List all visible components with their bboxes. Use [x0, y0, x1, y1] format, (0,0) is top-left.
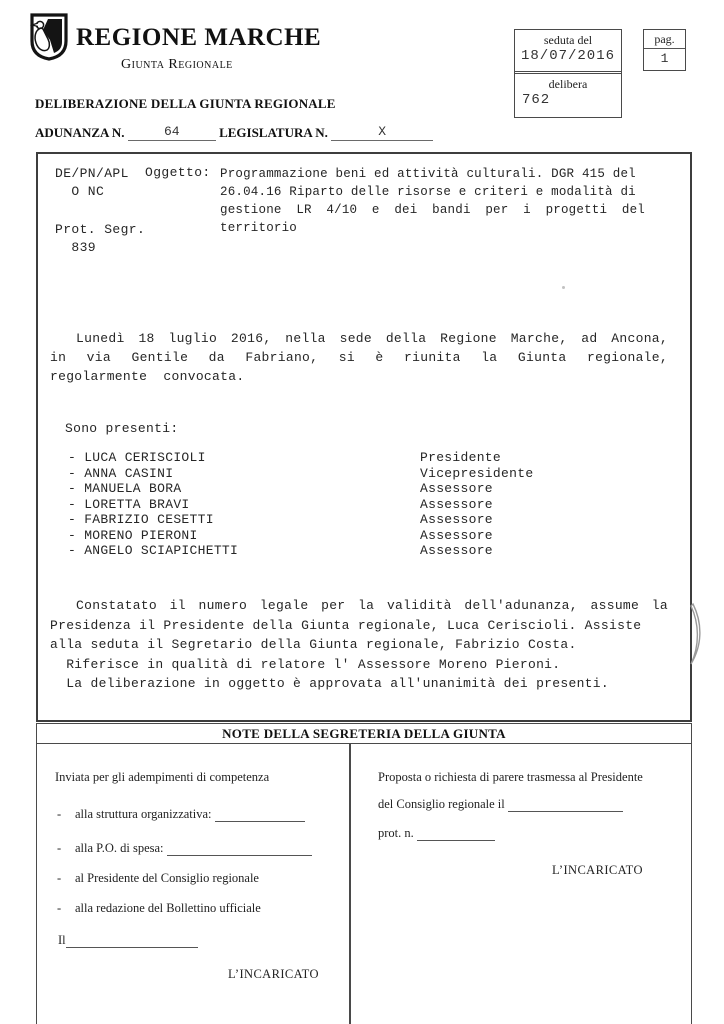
- proposal-line-2: del Consiglio regionale il: [378, 797, 623, 812]
- adunanza-label: ADUNANZA N.: [35, 125, 125, 140]
- legislatura-number: X: [331, 124, 433, 141]
- attendee-name: - MORENO PIERONI: [68, 528, 420, 544]
- blank-fill-line: [66, 935, 198, 948]
- attendee-role: Vicepresidente: [420, 466, 533, 482]
- opening-paragraph: Lunedì 18 luglio 2016, nella sede della …: [50, 329, 668, 386]
- dispatch-item-label: alla P.O. di spesa:: [75, 841, 164, 855]
- pag-value: 1: [644, 49, 685, 66]
- dash-bullet: -: [57, 871, 75, 886]
- protocol-number: Prot. Segr. 839: [55, 221, 145, 257]
- paragraph-line: regolarmente convocata.: [50, 367, 668, 386]
- adunanza-row: ADUNANZA N. 64 LEGISLATURA N. X: [35, 124, 433, 141]
- closing-paragraph: Constatato il numero legale per la valid…: [50, 596, 668, 694]
- page-number-box: pag. 1: [643, 29, 686, 71]
- proposal-line-1: Proposta o richiesta di parere trasmessa…: [378, 770, 643, 785]
- attendee-row: - LUCA CERISCIOLI Presidente: [68, 450, 533, 466]
- attendee-role: Assessore: [420, 481, 493, 497]
- adunanza-number: 64: [128, 124, 216, 141]
- seduta-cell: seduta del 18/07/2016: [515, 30, 621, 74]
- present-label: Sono presenti:: [65, 421, 178, 436]
- oggetto-line: 26.04.16 Riparto delle risorse e criteri…: [220, 183, 645, 201]
- attendee-row: - MANUELA BORA Assessore: [68, 481, 533, 497]
- column-divider: [349, 744, 351, 1024]
- blank-fill-line: [508, 799, 623, 812]
- paragraph-line: alla seduta il Segretario della Giunta r…: [50, 635, 668, 655]
- oggetto-line: Programmazione beni ed attività cultural…: [220, 165, 645, 183]
- secretary-notes-title: NOTE DELLA SEGRETERIA DELLA GIUNTA: [37, 724, 691, 742]
- prot-label: prot. n.: [378, 826, 414, 840]
- dispatch-item-bollettino: -alla redazione del Bollettino ufficiale: [57, 901, 261, 916]
- document-type-title: DELIBERAZIONE DELLA GIUNTA REGIONALE: [35, 96, 336, 112]
- il-label: Il: [58, 933, 66, 947]
- dispatch-item-label: alla redazione del Bollettino ufficiale: [75, 901, 261, 915]
- protocol-line: prot. n.: [378, 826, 495, 841]
- dash-bullet: -: [57, 807, 75, 822]
- dispatch-item-presidente: -al Presidente del Consiglio regionale: [57, 871, 259, 886]
- left-column-intro: Inviata per gli adempimenti di competenz…: [55, 770, 269, 785]
- secretary-notes-header: NOTE DELLA SEGRETERIA DELLA GIUNTA: [36, 723, 692, 744]
- dispatch-item-struttura: -alla struttura organizzativa:: [57, 807, 305, 822]
- date-line: Il: [58, 933, 198, 948]
- department-code: DE/PN/APL O NC: [55, 165, 129, 201]
- oggetto-line: gestione LR 4/10 e dei bandi per i proge…: [220, 201, 645, 219]
- paragraph-line: Presidenza il Presidente della Giunta re…: [50, 616, 668, 636]
- delibera-label: delibera: [515, 74, 621, 92]
- region-title: REGIONE MARCHE: [76, 24, 321, 52]
- attendee-name: - ANNA CASINI: [68, 466, 420, 482]
- oggetto-label: Oggetto:: [145, 165, 211, 180]
- attendee-name: - LORETTA BRAVI: [68, 497, 420, 513]
- attendee-role: Assessore: [420, 497, 493, 513]
- attendee-name: - LUCA CERISCIOLI: [68, 450, 420, 466]
- seduta-date: 18/07/2016: [515, 48, 621, 64]
- attendee-row: - ANNA CASINI Vicepresidente: [68, 466, 533, 482]
- proposal-line-2-label: del Consiglio regionale il: [378, 797, 505, 811]
- attendee-row: - MORENO PIERONI Assessore: [68, 528, 533, 544]
- delibera-number: 762: [515, 92, 621, 108]
- paragraph-line: Lunedì 18 luglio 2016, nella sede della …: [50, 329, 668, 348]
- delibera-cell: delibera 762: [515, 74, 621, 108]
- attendee-row: - ANGELO SCIAPICHETTI Assessore: [68, 543, 533, 559]
- attendee-name: - MANUELA BORA: [68, 481, 420, 497]
- attendee-role: Assessore: [420, 528, 493, 544]
- attendee-name: - ANGELO SCIAPICHETTI: [68, 543, 420, 559]
- incaricato-signature-left: L’INCARICATO: [228, 967, 319, 982]
- blank-fill-line: [167, 843, 312, 856]
- scanned-document-page: REGIONE MARCHE Giunta Regionale DELIBERA…: [0, 0, 724, 1024]
- attendee-role: Presidente: [420, 450, 501, 466]
- attendees-list: - LUCA CERISCIOLI Presidente - ANNA CASI…: [68, 450, 533, 559]
- pag-label: pag.: [644, 30, 685, 49]
- attendee-role: Assessore: [420, 543, 493, 559]
- paragraph-line: in via Gentile da Fabriano, si è riunita…: [50, 348, 668, 367]
- scan-speck: [562, 286, 565, 289]
- blank-fill-line: [417, 828, 495, 841]
- seduta-delibera-box: seduta del 18/07/2016 delibera 762: [514, 29, 622, 118]
- attendee-row: - LORETTA BRAVI Assessore: [68, 497, 533, 513]
- dash-bullet: -: [57, 841, 75, 856]
- dispatch-item-label: alla struttura organizzativa:: [75, 807, 212, 821]
- paragraph-line: Riferisce in qualità di relatore l' Asse…: [50, 655, 668, 675]
- dash-bullet: -: [57, 901, 75, 916]
- attendee-row: - FABRIZIO CESETTI Assessore: [68, 512, 533, 528]
- regione-marche-coat-of-arms-icon: [28, 12, 70, 67]
- oggetto-line: territorio: [220, 219, 645, 237]
- paragraph-line: La deliberazione in oggetto è approvata …: [50, 674, 668, 694]
- paragraph-line: Constatato il numero legale per la valid…: [50, 596, 668, 616]
- incaricato-signature-right: L’INCARICATO: [552, 863, 643, 878]
- attendee-name: - FABRIZIO CESETTI: [68, 512, 420, 528]
- scan-pen-mark: [688, 600, 706, 675]
- legislatura-label: LEGISLATURA N.: [219, 125, 328, 140]
- seduta-label: seduta del: [515, 30, 621, 48]
- region-subtitle: Giunta Regionale: [121, 57, 233, 73]
- attendee-role: Assessore: [420, 512, 493, 528]
- blank-fill-line: [215, 809, 305, 822]
- dispatch-item-po-spesa: -alla P.O. di spesa:: [57, 841, 312, 856]
- dispatch-item-label: al Presidente del Consiglio regionale: [75, 871, 259, 885]
- oggetto-text: Programmazione beni ed attività cultural…: [220, 165, 645, 237]
